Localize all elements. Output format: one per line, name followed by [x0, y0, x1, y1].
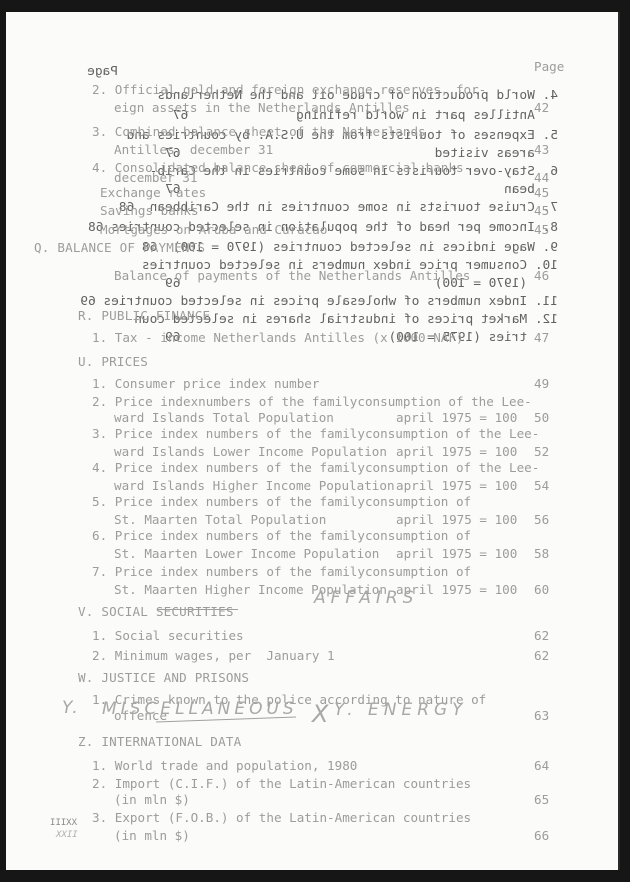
toc-entry-line: Balance of payments of the Netherlands A…	[114, 268, 470, 283]
toc-entry-page: 56	[534, 512, 549, 527]
toc-entry-page: 45	[534, 185, 549, 200]
toc-entry-line: 2. Minimum wages, per January 1	[92, 648, 335, 663]
toc-entry-line: 4. Price index numbers of the familycons…	[92, 460, 539, 475]
handwritten-x-mark: X	[312, 700, 328, 728]
section-heading: Z. INTERNATIONAL DATA	[78, 734, 241, 749]
toc-entry-line: 6. Price index numbers of the familycons…	[92, 528, 471, 543]
toc-entry-page: 47	[534, 330, 549, 345]
section-heading: U. PRICES	[78, 354, 148, 369]
handwritten-y-label: Y.	[62, 698, 80, 718]
toc-entry-page: 50	[534, 410, 549, 425]
toc-entry-base: april 1975 = 100	[396, 478, 517, 493]
toc-entry-page: 44	[534, 170, 549, 185]
toc-entry-page: 46	[534, 268, 549, 283]
table-of-contents: Page 2. Official gold and foreign exchan…	[6, 12, 618, 870]
toc-entry-page: 42	[534, 100, 549, 115]
toc-entry-line: ward Islands Higher Income Population	[114, 478, 395, 493]
toc-entry-line: Exchange rates	[100, 185, 206, 200]
toc-entry-page: 43	[534, 142, 549, 157]
toc-entry-line: (in mln $)	[114, 828, 190, 843]
toc-entry-line: ward Islands Total Population	[114, 410, 334, 425]
page-column-header: Page	[534, 59, 564, 74]
toc-entry-line: 1. Consumer price index number	[92, 376, 319, 391]
toc-entry-base: april 1975 = 100	[396, 546, 517, 561]
toc-entry-line: Savings banks	[100, 203, 199, 218]
toc-entry-page: 49	[534, 376, 549, 391]
toc-entry-line: (in mln $)	[114, 792, 190, 807]
handwritten-affairs: AFFAIRS	[314, 588, 418, 608]
section-heading: R. PUBLIC FINANCE	[78, 308, 210, 323]
toc-entry-page: 45	[534, 203, 549, 218]
handwritten-strike-line	[158, 609, 238, 610]
toc-entry-line: 2. Import (C.I.F.) of the Latin-American…	[92, 776, 471, 791]
toc-entry-line: Mortgages on Aruba and Curacao	[100, 222, 327, 237]
toc-entry-page: 52	[534, 444, 549, 459]
toc-entry-base: april 1975 = 100	[396, 410, 517, 425]
toc-entry-line: 2. Price indexnumbers of the familyconsu…	[92, 394, 532, 409]
section-heading: Q. BALANCE OF PAYMENTS	[34, 240, 205, 255]
toc-entry-line: ward Islands Lower Income Population	[114, 444, 387, 459]
toc-entry-base: april 1975 = 100	[396, 512, 517, 527]
bleed-through-roman: XXIII	[50, 818, 77, 828]
toc-entry-line: 2. Official gold and foreign exchange re…	[92, 82, 486, 97]
toc-entry-line: 1. World trade and population, 1980	[92, 758, 357, 773]
toc-entry-page: 58	[534, 546, 549, 561]
handwritten-miscellaneous: MISCELLANEOUS	[102, 699, 298, 719]
handwritten-energy: Y. ENERGY	[334, 700, 468, 720]
toc-entry-line: 7. Price index numbers of the familycons…	[92, 564, 471, 579]
toc-entry-line: St. Maarten Lower Income Population	[114, 546, 379, 561]
scanned-document-page: Page4. World production of crude oil and…	[6, 12, 620, 870]
toc-entry-page: 62	[534, 628, 549, 643]
toc-entry-line: 1. Tax - income Netherlands Antilles (x …	[92, 330, 464, 345]
toc-entry-page: 45	[534, 222, 549, 237]
toc-entry-line: eign assets in the Netherlands Antilles	[114, 100, 410, 115]
toc-entry-base: april 1975 = 100	[396, 444, 517, 459]
section-heading: W. JUSTICE AND PRISONS	[78, 670, 249, 685]
toc-entry-line: St. Maarten Total Population	[114, 512, 326, 527]
toc-entry-page: 62	[534, 648, 549, 663]
toc-entry-page: 60	[534, 582, 549, 597]
toc-entry-page: 65	[534, 792, 549, 807]
page-number-roman: XXII	[56, 830, 78, 840]
toc-entry-page: 63	[534, 708, 549, 723]
toc-entry-line: december 31	[114, 170, 197, 185]
toc-entry-line: 5. Price index numbers of the familycons…	[92, 494, 471, 509]
toc-entry-page: 66	[534, 828, 549, 843]
toc-entry-line: Antilles, december 31	[114, 142, 273, 157]
toc-entry-page: 64	[534, 758, 549, 773]
section-heading: V. SOCIAL SECURITIES	[78, 604, 234, 619]
toc-entry-line: 1. Social securities	[92, 628, 244, 643]
toc-entry-line: 3. Combined balance sheet of the Netherl…	[92, 124, 426, 139]
toc-entry-line: 3. Price index numbers of the familycons…	[92, 426, 539, 441]
toc-entry-line: 3. Export (F.O.B.) of the Latin-American…	[92, 810, 471, 825]
toc-entry-page: 54	[534, 478, 549, 493]
